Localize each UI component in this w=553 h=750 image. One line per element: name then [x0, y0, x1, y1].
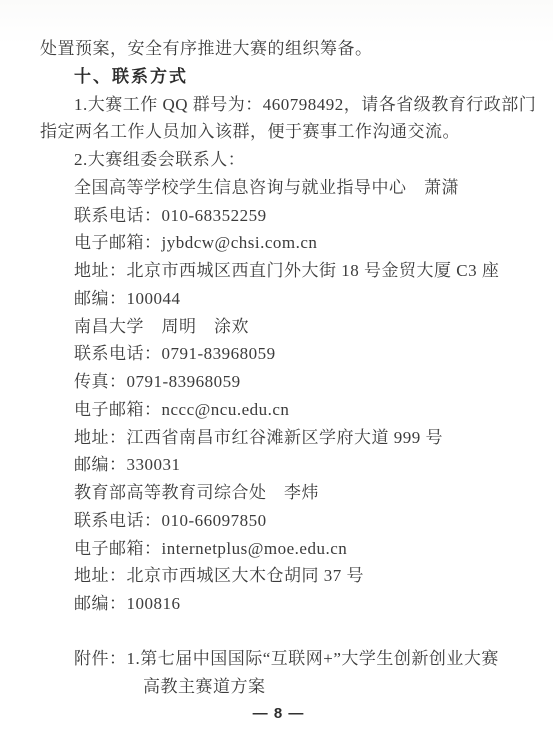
- contact-postcode-moe: 邮编：100816: [40, 590, 517, 618]
- contact-phone-national-center: 联系电话：010-68352259: [40, 202, 517, 230]
- attachment-line-1: 附件：1.第七届中国国际“互联网+”大学生创新创业大赛: [40, 645, 517, 673]
- page-number: — 8 —: [40, 700, 517, 728]
- contact-email-moe: 电子邮箱：internetplus@moe.edu.cn: [40, 535, 517, 563]
- qq-group-line-1: 1.大赛工作 QQ 群号为：460798492，请各省级教育行政部门: [40, 91, 517, 119]
- contact-address-national-center: 地址：北京市西城区西直门外大街 18 号金贸大厦 C3 座: [40, 257, 517, 285]
- qq-group-line-2: 指定两名工作人员加入该群，便于赛事工作沟通交流。: [40, 118, 517, 146]
- contact-org-nanchang-university: 南昌大学 周明 涂欢: [40, 313, 517, 341]
- contact-phone-nanchang-university: 联系电话：0791-83968059: [40, 340, 517, 368]
- document-page: 处置预案，安全有序推进大赛的组织筹备。 十、联系方式 1.大赛工作 QQ 群号为…: [0, 0, 553, 750]
- contact-phone-moe: 联系电话：010-66097850: [40, 507, 517, 535]
- contact-email-national-center: 电子邮箱：jybdcw@chsi.com.cn: [40, 229, 517, 257]
- contact-org-moe-higher-education: 教育部高等教育司综合处 李炜: [40, 479, 517, 507]
- attachment-line-2: 高教主赛道方案: [143, 673, 517, 701]
- paragraph-continuation: 处置预案，安全有序推进大赛的组织筹备。: [40, 35, 517, 63]
- contact-fax-nanchang-university: 传真：0791-83968059: [40, 368, 517, 396]
- contact-email-nanchang-university: 电子邮箱：nccc@ncu.edu.cn: [40, 396, 517, 424]
- contact-address-nanchang-university: 地址：江西省南昌市红谷滩新区学府大道 999 号: [40, 424, 517, 452]
- contact-postcode-nanchang-university: 邮编：330031: [40, 451, 517, 479]
- section-heading-contact-info: 十、联系方式: [40, 63, 517, 91]
- contact-postcode-national-center: 邮编：100044: [40, 285, 517, 313]
- committee-contacts-heading: 2.大赛组委会联系人：: [40, 146, 517, 174]
- contact-org-national-center: 全国高等学校学生信息咨询与就业指导中心 萧潇: [40, 174, 517, 202]
- contact-address-moe: 地址：北京市西城区大木仓胡同 37 号: [40, 562, 517, 590]
